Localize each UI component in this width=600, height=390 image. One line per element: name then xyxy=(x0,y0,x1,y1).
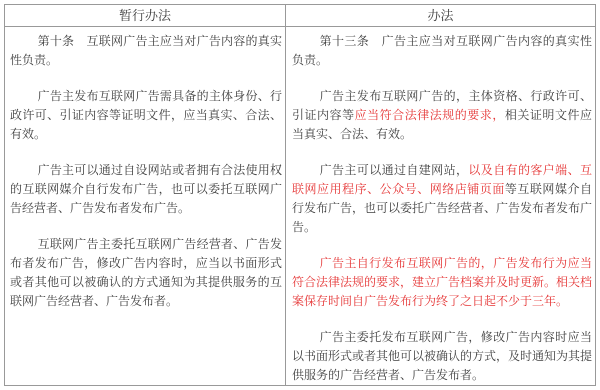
text-run: 广告主委托发布互联网广告，修改广告内容时应当以书面形式或者其他可以被确认的方式，… xyxy=(292,330,592,382)
paragraph: 互联网广告主委托互联网广告经营者、广告发布者发布广告，修改广告内容时，应当以书面… xyxy=(10,235,282,311)
table-body-row: 第十条 互联网广告主应当对广告内容的真实性负责。广告主发布互联网广告需具备的主体… xyxy=(5,27,595,385)
text-run: 第十三条 广告主应当对互联网广告内容的真实性负责。 xyxy=(292,34,592,67)
text-run: 广告主发布互联网广告需具备的主体身份、行政许可、引证内容等证明文件，应当真实、合… xyxy=(10,89,282,141)
text-run: 互联网广告主委托互联网广告经营者、广告发布者发布广告，修改广告内容时，应当以书面… xyxy=(10,237,282,308)
column-header-interim-measures: 暂行办法 xyxy=(5,5,286,26)
table-header-row: 暂行办法 办法 xyxy=(5,5,595,27)
column-interim-measures-text: 第十条 互联网广告主应当对广告内容的真实性负责。广告主发布互联网广告需具备的主体… xyxy=(5,27,286,385)
paragraph: 广告主自行发布互联网广告的，广告发布行为应当符合法律法规的要求，建立广告档案并及… xyxy=(292,254,592,311)
column-measures-text: 第十三条 广告主应当对互联网广告内容的真实性负责。广告主发布互联网广告的，主体资… xyxy=(286,27,595,385)
text-run: 第十条 互联网广告主应当对广告内容的真实性负责。 xyxy=(10,34,282,67)
text-run: 广告主可以通过自设网站或者拥有合法使用权的互联网媒介自行发布广告，也可以委托互联… xyxy=(10,163,282,215)
paragraph: 第十三条 广告主应当对互联网广告内容的真实性负责。 xyxy=(292,32,592,70)
regulation-comparison-table: 暂行办法 办法 第十条 互联网广告主应当对广告内容的真实性负责。广告主发布互联网… xyxy=(4,4,596,386)
comparison-page: 暂行办法 办法 第十条 互联网广告主应当对广告内容的真实性负责。广告主发布互联网… xyxy=(0,0,600,390)
paragraph: 广告主委托发布互联网广告，修改广告内容时应当以书面形式或者其他可以被确认的方式，… xyxy=(292,328,592,385)
highlighted-text-run: 广告主自行发布互联网广告的，广告发布行为应当符合法律法规的要求，建立广告档案并及… xyxy=(292,256,592,308)
paragraph: 广告主可以通过自建网站，以及自有的客户端、互联网应用程序、公众号、网络店铺页面等… xyxy=(292,161,592,237)
paragraph: 第十条 互联网广告主应当对广告内容的真实性负责。 xyxy=(10,32,282,70)
paragraph: 广告主发布互联网广告的，主体资格、行政许可、引证内容等应当符合法律法规的要求，相… xyxy=(292,87,592,144)
paragraph: 广告主发布互联网广告需具备的主体身份、行政许可、引证内容等证明文件，应当真实、合… xyxy=(10,87,282,144)
highlighted-text-run: 应当符合法律法规的要求， xyxy=(355,108,505,122)
paragraph: 广告主可以通过自设网站或者拥有合法使用权的互联网媒介自行发布广告，也可以委托互联… xyxy=(10,161,282,218)
text-run: 广告主可以通过自建网站， xyxy=(320,163,469,177)
column-header-measures: 办法 xyxy=(286,5,595,26)
